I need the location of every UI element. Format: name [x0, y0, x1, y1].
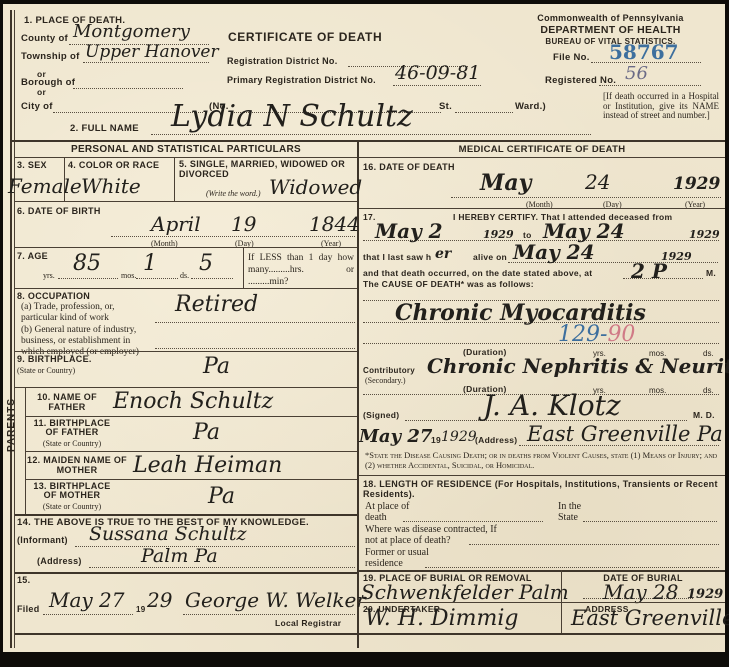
death-month: May: [480, 170, 531, 196]
physician-signature: J. A. Klotz: [483, 389, 621, 422]
father-name: Enoch Schultz: [113, 389, 273, 414]
residence-label: 18. LENGTH OF RESIDENCE (For Hospitals, …: [363, 479, 719, 499]
registration-district-label: Registration District No.: [227, 56, 338, 66]
in-state-field: [583, 521, 717, 522]
county-label: County of: [21, 33, 68, 44]
occupation-value: Retired: [175, 292, 258, 317]
last-saw-pronoun: er: [435, 246, 451, 262]
alive-on: May 24: [513, 240, 595, 264]
in-state-label: In the State: [558, 501, 598, 523]
agency-line2: DEPARTMENT OF HEALTH: [508, 24, 713, 36]
cause-label: The CAUSE OF DEATH* was as follows:: [363, 279, 534, 289]
township-label: Township of: [21, 51, 80, 62]
physician-address: East Greenville Pa: [527, 422, 723, 446]
agency-line1: Commonwealth of Pennsylvania: [508, 13, 713, 23]
age-months: 1: [143, 251, 157, 276]
personal-section-title: PERSONAL AND STATISTICAL PARTICULARS: [15, 144, 357, 155]
mother-name-label: 12. MAIDEN NAME OF MOTHER: [27, 455, 127, 475]
death-day: 24: [585, 170, 610, 194]
certificate-title: CERTIFICATE OF DEATH: [228, 30, 382, 44]
hospital-note: [If death occurred in a Hospital or Inst…: [603, 92, 719, 121]
frame-left-inner: [14, 10, 15, 648]
registrar-label: Local Registrar: [275, 618, 341, 628]
county-value: Montgomery: [73, 21, 190, 42]
informant-address: Palm Pa: [141, 545, 218, 567]
color-value: White: [81, 174, 141, 198]
signed-date: May 27: [359, 426, 432, 447]
parents-side-label: PARENTS: [6, 398, 17, 452]
time-label: and that death occurred, on the date sta…: [363, 268, 592, 278]
contracted-label: Where was disease contracted, If not at …: [365, 524, 505, 546]
time-of-death: 2 P: [631, 259, 667, 283]
full-name-value: Lydia N Schultz: [171, 99, 413, 134]
filed-date: May 27: [49, 588, 125, 612]
file-no-value: 58767: [609, 40, 679, 64]
birthplace-value: Pa: [203, 354, 230, 379]
township-value: Upper Hanover: [85, 42, 219, 62]
city-label: City of: [21, 101, 53, 112]
dob-month: April: [151, 212, 201, 236]
birthplace-label: 9. BIRTHPLACE.: [17, 354, 92, 364]
contributory-label: Contributory: [363, 366, 415, 375]
primary-district-value: 46-09-81: [395, 62, 480, 84]
filed-year: 29: [147, 588, 172, 612]
former-residence-label: Former or usual residence: [365, 547, 435, 569]
father-birthplace: Pa: [193, 420, 220, 445]
attended-from: May 2: [375, 219, 443, 243]
father-name-label: 10. NAME OF FATHER: [27, 392, 107, 412]
medical-section-title: MEDICAL CERTIFICATE OF DEATH: [359, 144, 725, 155]
mother-birthplace-label: 13. BIRTHPLACE OF MOTHER: [27, 482, 117, 500]
burial-year: 1929: [687, 587, 723, 602]
cause-footnote: *State the Disease Causing Death; or in …: [365, 451, 719, 470]
informant-label: (Informant): [17, 535, 68, 545]
mother-name: Leah Heiman: [133, 453, 282, 478]
informant-value: Sussana Schultz: [89, 523, 247, 545]
registrar-signature: George W. Welker: [185, 588, 366, 612]
burial-place: Schwenkfelder Palm: [361, 580, 569, 604]
sex-value: Female: [8, 174, 82, 198]
occupation-label: 8. OCCUPATION: [17, 291, 90, 301]
undertaker-address: East Greenville: [571, 606, 729, 630]
burial-date: May 28: [603, 580, 679, 604]
at-place-field: [403, 521, 543, 522]
signed-label: (Signed): [363, 410, 399, 420]
borough-field: [73, 88, 183, 89]
less-than-day-note: If LESS than 1 day how many.........hrs.…: [248, 252, 354, 288]
age-days: 5: [199, 251, 213, 276]
date-of-death-label: 16. DATE OF DEATH: [363, 162, 455, 172]
physician-address-label: (Address): [475, 435, 517, 445]
informant-address-label: (Address): [37, 556, 82, 566]
former-residence-field: [425, 567, 719, 568]
mother-birthplace: Pa: [208, 484, 235, 509]
cause-code: 129-90: [558, 322, 635, 347]
death-certificate: 1. PLACE OF DEATH. County of Montgomery …: [3, 4, 725, 652]
father-birthplace-label: 11. BIRTHPLACE OF FATHER: [27, 419, 117, 437]
dob-year: 1844: [309, 212, 360, 236]
borough-label: Borough of: [21, 77, 75, 88]
death-year: 1929: [673, 174, 720, 194]
occupation-b-field: [155, 348, 355, 349]
age-label: 7. AGE: [17, 251, 48, 261]
registered-no-value: 56: [625, 63, 648, 84]
filed-label: Filed: [17, 604, 40, 614]
dob-day: 19: [231, 212, 256, 236]
color-label: 4. COLOR OR RACE: [68, 160, 159, 170]
contributory-cause: Chronic Nephritis & Neuritis: [427, 354, 729, 378]
age-years: 85: [73, 251, 101, 276]
sex-label: 3. SEX: [17, 160, 47, 170]
contracted-field: [469, 544, 719, 545]
frame-left: [10, 10, 12, 648]
full-name-label: 2. FULL NAME: [70, 123, 139, 134]
at-place-label: At place of death: [365, 501, 415, 523]
primary-district-label: Primary Registration District No.: [227, 75, 376, 85]
dob-label: 6. DATE OF BIRTH: [17, 206, 101, 216]
file-no-label: File No.: [553, 52, 590, 63]
undertaker: W. H. Dimmig: [365, 606, 518, 631]
marital-value: Widowed: [269, 175, 362, 199]
